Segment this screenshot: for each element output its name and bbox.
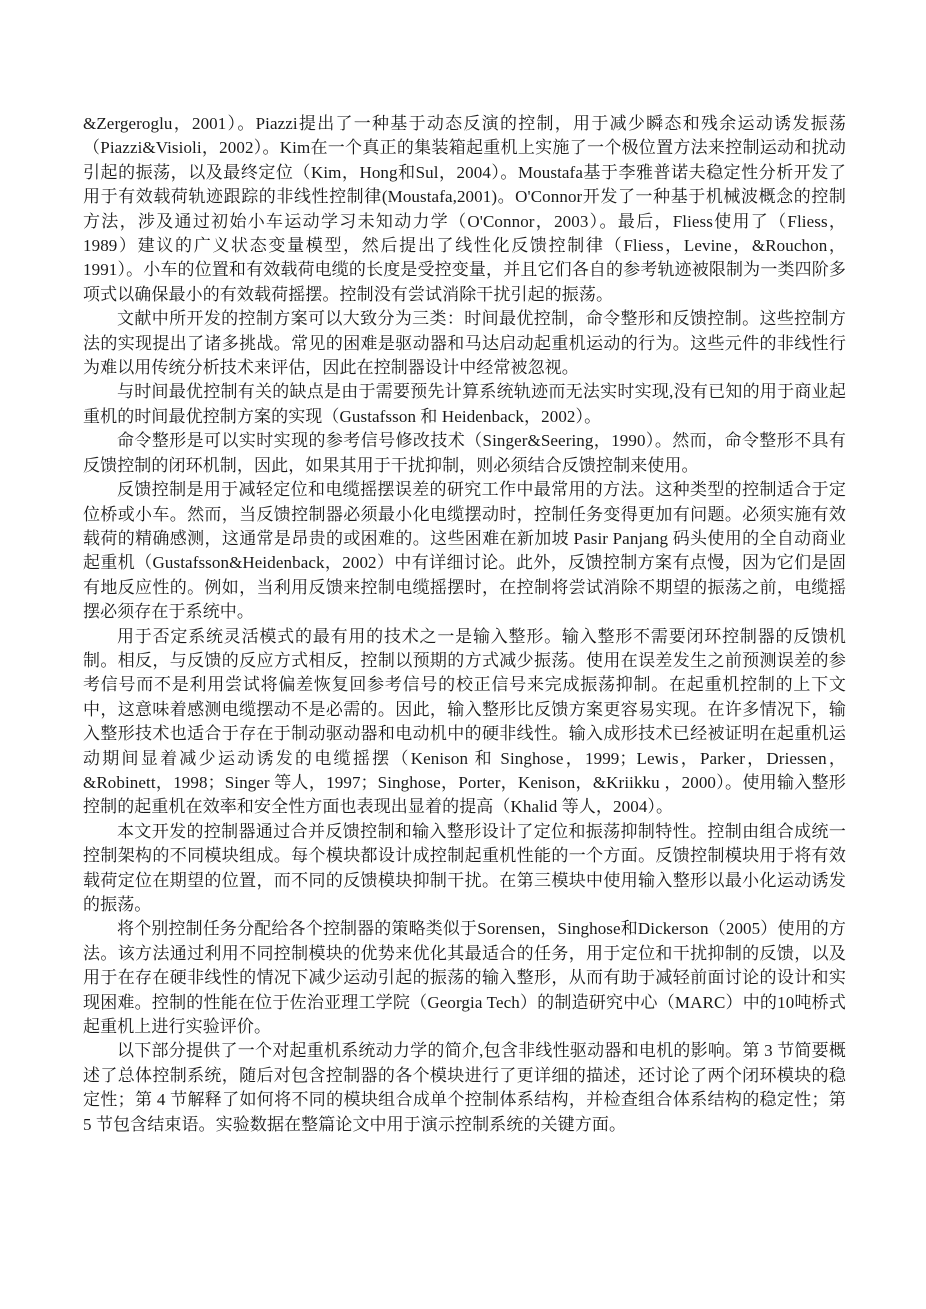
paragraph: 命令整形是可以实时实现的参考信号修改技术（Singer&Seering，1990…: [83, 429, 846, 478]
paragraph: 与时间最优控制有关的缺点是由于需要预先计算系统轨迹而无法实时实现,没有已知的用于…: [83, 380, 846, 429]
paragraph: 反馈控制是用于减轻定位和电缆摇摆误差的研究工作中最常用的方法。这种类型的控制适合…: [83, 478, 846, 624]
paragraph: 本文开发的控制器通过合并反馈控制和输入整形设计了定位和振荡抑制特性。控制由组合成…: [83, 820, 846, 918]
paragraph: 用于否定系统灵活模式的最有用的技术之一是输入整形。输入整形不需要闭环控制器的反馈…: [83, 625, 846, 820]
document-text-block: &Zergeroglu，2001）。Piazzi提出了一种基于动态反演的控制，用…: [83, 112, 846, 1137]
document-page: &Zergeroglu，2001）。Piazzi提出了一种基于动态反演的控制，用…: [0, 0, 926, 1309]
paragraph: 以下部分提供了一个对起重机系统动力学的简介,包含非线性驱动器和电机的影响。第 3…: [83, 1039, 846, 1137]
paragraph: 将个别控制任务分配给各个控制器的策略类似于Sorensen，Singhose和D…: [83, 917, 846, 1039]
paragraph: 文献中所开发的控制方案可以大致分为三类：时间最优控制，命令整形和反馈控制。这些控…: [83, 307, 846, 380]
paragraph: &Zergeroglu，2001）。Piazzi提出了一种基于动态反演的控制，用…: [83, 112, 846, 307]
